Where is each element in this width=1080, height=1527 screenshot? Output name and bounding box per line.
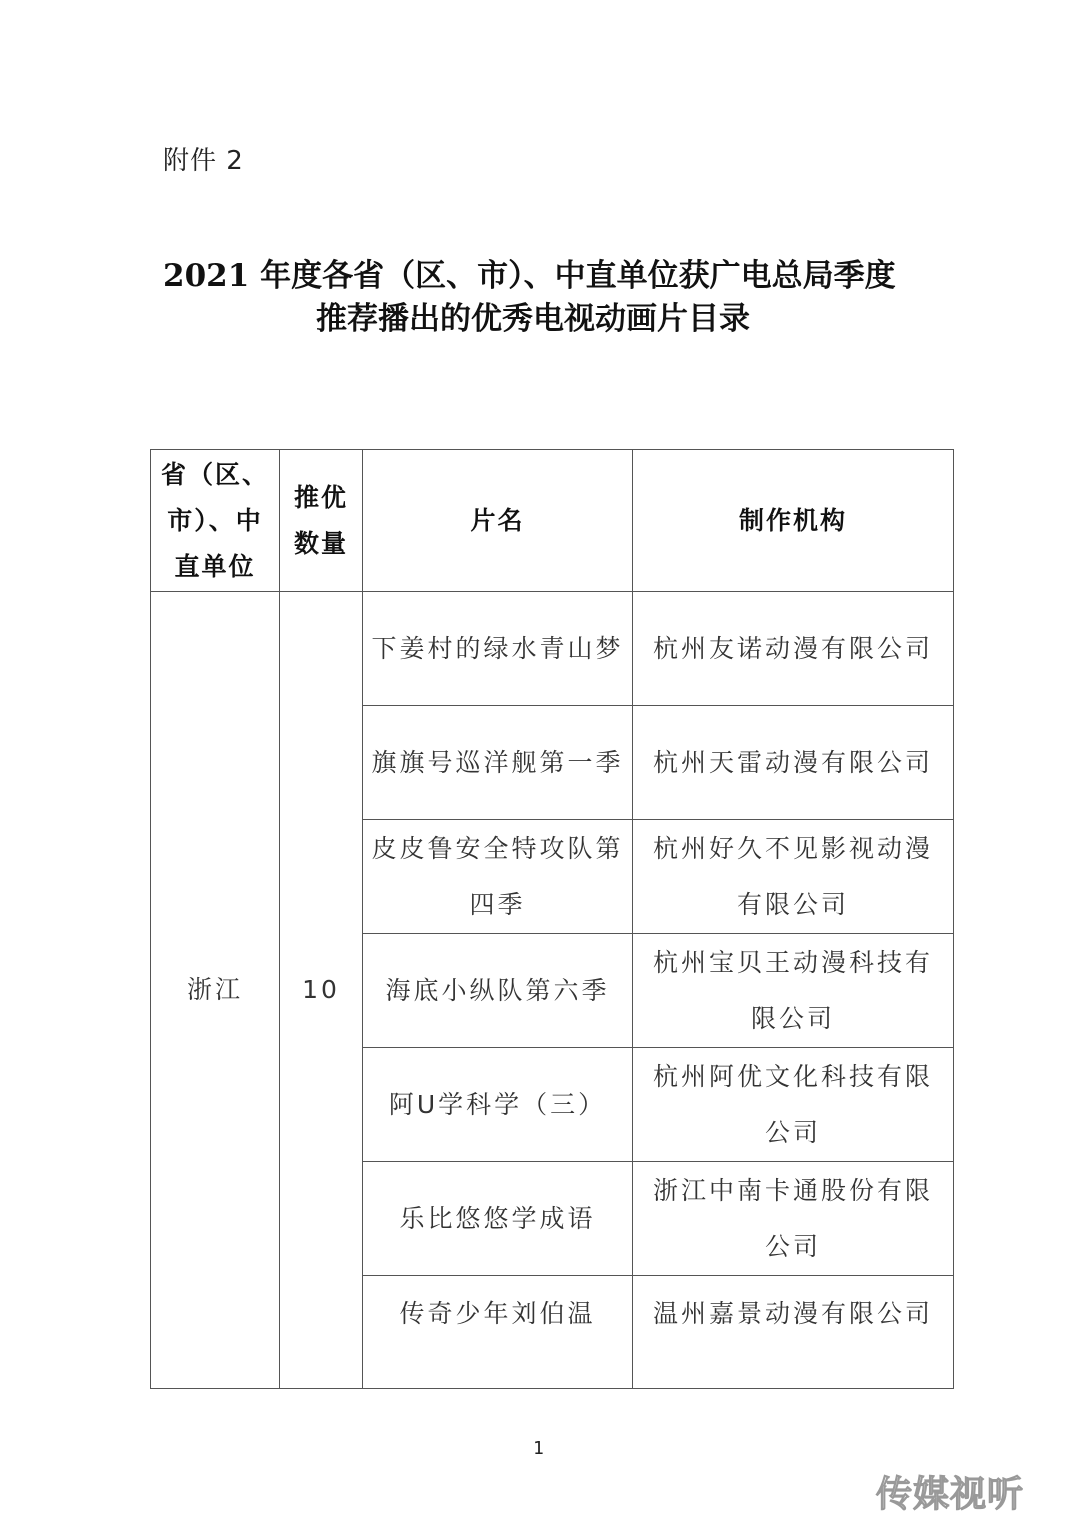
title-cell: 下姜村的绿水青山梦 <box>363 592 633 706</box>
producer-cell: 杭州好久不见影视动漫有限公司 <box>633 820 954 934</box>
document-title-line-1: 2021 年度各省（区、市）、中直单位获广电总局季度 <box>163 250 896 295</box>
header-count: 推优数量 <box>280 450 363 592</box>
title-cell: 皮皮鲁安全特攻队第四季 <box>363 820 633 934</box>
animation-list-table: 省（区、市）、中直单位 推优数量 片名 制作机构 浙江 10 下姜村的绿水青山梦… <box>150 449 954 1389</box>
title-cell: 海底小纵队第六季 <box>363 934 633 1048</box>
title-cell: 阿U学科学（三） <box>363 1048 633 1162</box>
watermark-logo: 传媒视听 <box>876 1466 1024 1517</box>
count-cell: 10 <box>280 592 363 1389</box>
title-cell: 传奇少年刘伯温 <box>363 1276 633 1389</box>
header-title: 片名 <box>363 450 633 592</box>
producer-cell: 杭州阿优文化科技有限公司 <box>633 1048 954 1162</box>
producer-cell: 杭州天雷动漫有限公司 <box>633 706 954 820</box>
producer-cell: 杭州友诺动漫有限公司 <box>633 592 954 706</box>
region-cell: 浙江 <box>151 592 280 1389</box>
attachment-label: 附件 2 <box>163 140 244 177</box>
producer-cell: 浙江中南卡通股份有限公司 <box>633 1162 954 1276</box>
document-title-line-2: 推荐播出的优秀电视动画片目录 <box>316 293 750 338</box>
header-region: 省（区、市）、中直单位 <box>151 450 280 592</box>
producer-cell: 杭州宝贝王动漫科技有限公司 <box>633 934 954 1048</box>
header-producer: 制作机构 <box>633 450 954 592</box>
table-row: 浙江 10 下姜村的绿水青山梦 杭州友诺动漫有限公司 <box>151 592 954 706</box>
table-header-row: 省（区、市）、中直单位 推优数量 片名 制作机构 <box>151 450 954 592</box>
title-cell: 乐比悠悠学成语 <box>363 1162 633 1276</box>
title-cell: 旗旗号巡洋舰第一季 <box>363 706 633 820</box>
page-number: 1 <box>533 1438 544 1459</box>
producer-cell: 温州嘉景动漫有限公司 <box>633 1276 954 1389</box>
